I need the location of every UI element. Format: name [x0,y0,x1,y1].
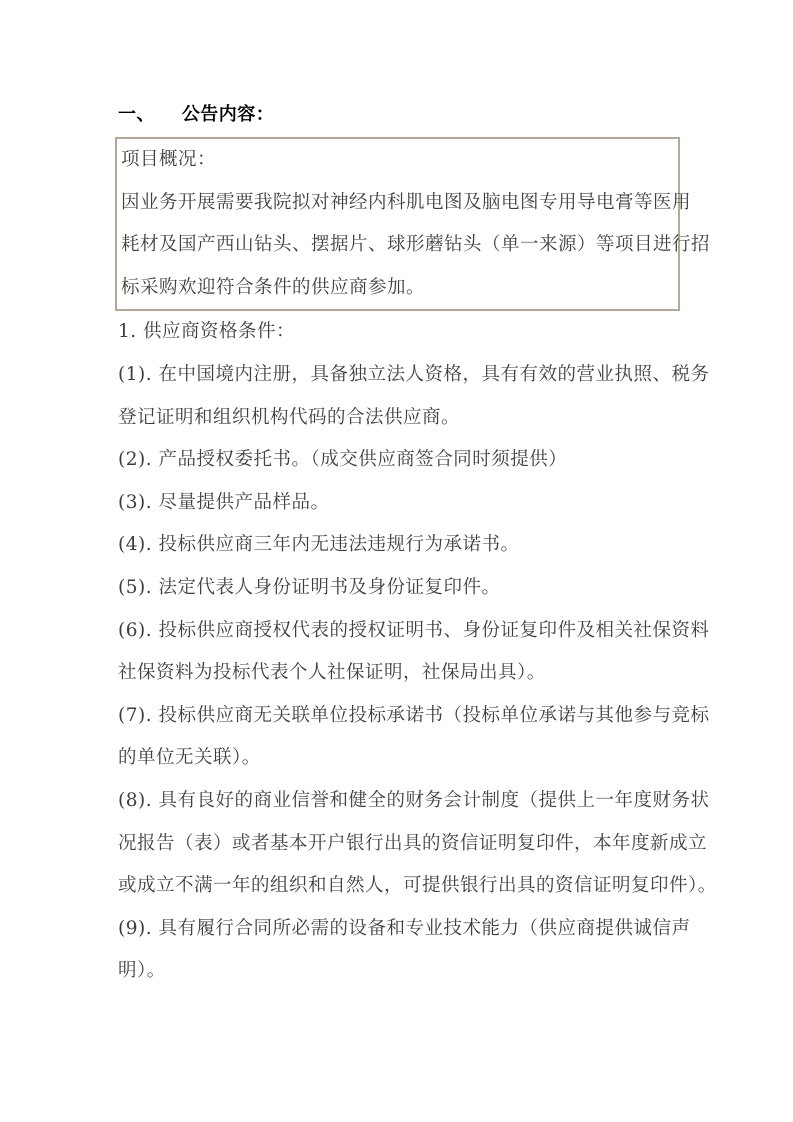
overview-line: 因业务开展需要我院拟对神经内科肌电图及脑电图专用导电膏等医用 [121,182,674,225]
body-line: (8). 具有良好的商业信誉和健全的财务会计制度（提供上一年度财务状 [118,780,680,823]
body-line: 社保资料为投标代表个人社保证明，社保局出具）。 [118,652,680,695]
document-page: 一、 公告内容： 项目概况： 因业务开展需要我院拟对神经内科肌电图及脑电图专用导… [0,0,793,1122]
body-line: (9). 具有履行合同所必需的设备和专业技术能力（供应商提供诚信声 [118,908,680,951]
project-overview-box: 项目概况： 因业务开展需要我院拟对神经内科肌电图及脑电图专用导电膏等医用 耗材及… [115,137,680,311]
body-line: (4). 投标供应商三年内无违法违规行为承诺书。 [118,524,680,567]
body-line: 或成立不满一年的组织和自然人，可提供银行出具的资信证明复印件）。 [118,865,680,908]
section-heading: 一、 公告内容： [118,103,680,127]
body-line: (6). 投标供应商授权代表的授权证明书、身份证复印件及相关社保资料 [118,610,680,653]
body-line: (1). 在中国境内注册，具备独立法人资格，具有有效的营业执照、税务 [118,354,680,397]
overview-line: 耗材及国产西山钻头、摆据片、球形蘑钻头（单一来源）等项目进行招 [121,224,674,267]
body-line: 的单位无关联）。 [118,737,680,780]
body-line: 明）。 [118,950,680,993]
body-line: (2). 产品授权委托书。（成交供应商签合同时须提供） [118,439,680,482]
section-number: 一、 [118,103,155,127]
body-line: (3). 尽量提供产品样品。 [118,482,680,525]
overview-line: 标采购欢迎符合条件的供应商参加。 [121,267,674,310]
body-line: 况报告（表）或者基本开户银行出具的资信证明复印件，本年度新成立 [118,823,680,866]
body-line: 登记证明和组织机构代码的合法供应商。 [118,397,680,440]
body-line: (5). 法定代表人身份证明书及身份证复印件。 [118,567,680,610]
announcement-content: 一、 公告内容： 项目概况： 因业务开展需要我院拟对神经内科肌电图及脑电图专用导… [115,103,680,993]
body-line: 1. 供应商资格条件： [118,311,680,354]
section-title: 公告内容： [182,104,275,125]
overview-line: 项目概况： [121,139,674,182]
body-line: (7). 投标供应商无关联单位投标承诺书（投标单位承诺与其他参与竞标 [118,695,680,738]
supplier-qualification-list: 1. 供应商资格条件： (1). 在中国境内注册，具备独立法人资格，具有有效的营… [118,311,680,993]
